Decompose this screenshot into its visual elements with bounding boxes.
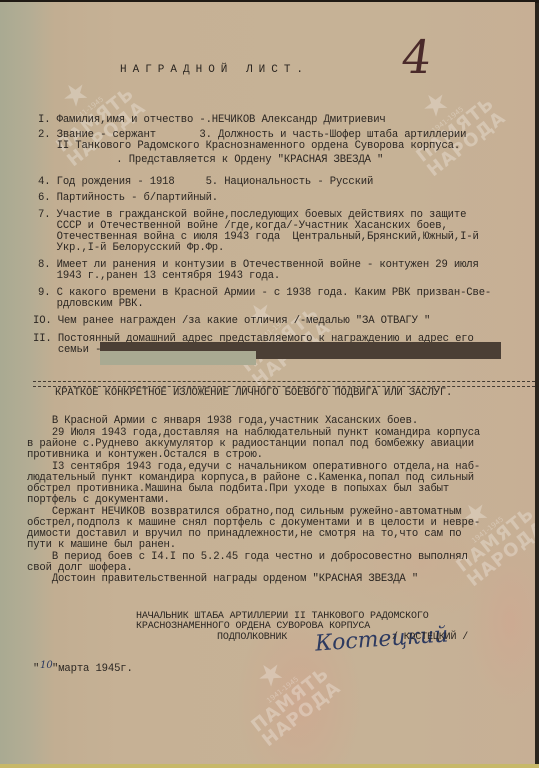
narrative-line: противника и контужен.Остался в строю. — [27, 450, 263, 461]
award-sheet-page: ★ 1941-1945 ПАМЯТЬ НАРОДА ★ 1941-1945 ПА… — [0, 2, 535, 766]
signatory-name: / КОСТЕЦКИЙ / — [392, 632, 468, 643]
field-4-birth-year: 4. Год рождения - 1918 5. Национальность… — [38, 177, 373, 188]
date-prefix: " — [33, 664, 39, 675]
date-month-year: "марта 1945г. — [52, 664, 133, 675]
field-10-prior-awards: IO. Чем ранее награжден /за какие отличи… — [33, 316, 430, 327]
field-8-wounds-line-2: 1943 г.,ранен 13 сентября 1943 года. — [38, 271, 280, 282]
handwritten-page-number: 4 — [398, 30, 435, 84]
narrative-line: Достоин правительственной награды ордено… — [27, 574, 418, 585]
nomination-line: . Представляется к Ордену "КРАСНАЯ ЗВЕЗД… — [48, 155, 383, 166]
field-1-name: I. Фамилия,имя и отчество -.НЕЧИКОВ Алек… — [38, 115, 386, 126]
narrative-line: портфель с документами. — [27, 495, 170, 506]
field-2-unit: II Танкового Радомского Краснознаменного… — [38, 141, 460, 152]
narrative-line: пути к машине был ранен. — [27, 540, 176, 551]
document-title: НАГРАДНОЙ ЛИСТ. — [120, 65, 309, 76]
field-7-combat-line-4: Укр.,I-й Белорусский Фр.Фр. — [38, 243, 224, 254]
date-day-handwritten: 10 — [40, 660, 53, 671]
scan-bottom-edge — [0, 764, 539, 768]
field-11-address-line-2: семьи - — [33, 345, 101, 356]
field-9-service-line-2: рдловским РВК. — [38, 299, 144, 310]
redaction-bar — [100, 342, 501, 351]
redaction-bar — [256, 351, 501, 359]
narrative-line: В Красной Армии с января 1938 года,участ… — [27, 416, 418, 427]
section-heading: КРАТКОЕ КОНКРЕТНОЕ ИЗЛОЖЕНИЕ ЛИЧНОГО БОЕ… — [55, 388, 452, 399]
redaction-patch — [100, 351, 256, 365]
field-6-party: 6. Партийность - б/партийный. — [38, 193, 218, 204]
signature-rank: ПОДПОЛКОВНИК — [217, 632, 287, 643]
